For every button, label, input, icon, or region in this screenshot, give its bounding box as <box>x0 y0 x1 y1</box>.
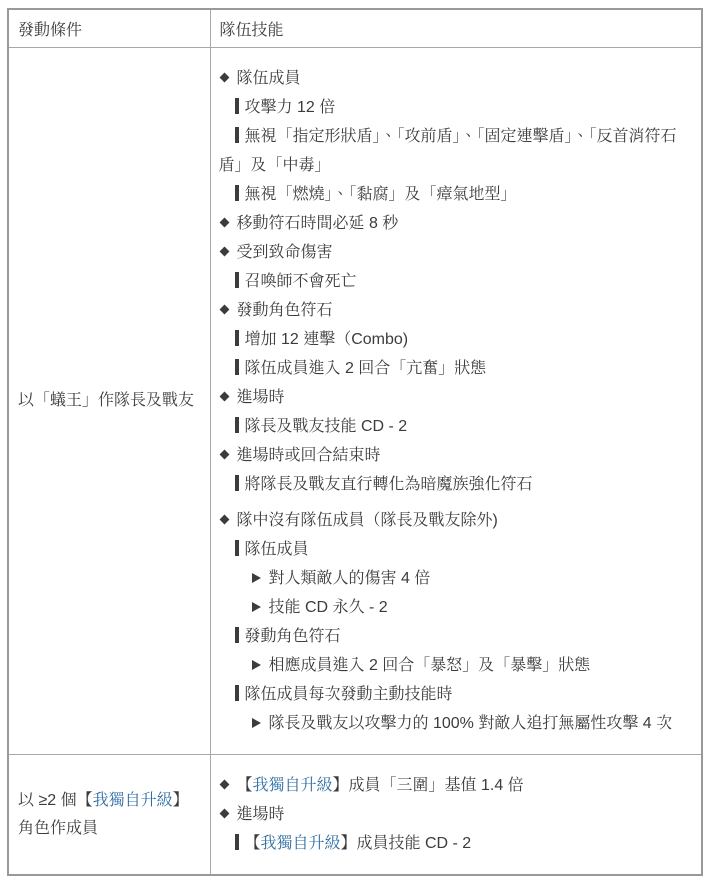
text-segment: 隊長及戰友技能 CD - 2 <box>245 418 408 435</box>
skill-line: 隊伍成員進入 2 回合「亢奮」狀態 <box>219 354 694 383</box>
bar-bullet-icon <box>235 127 239 143</box>
text-segment: 攻擊力 12 倍 <box>245 99 336 116</box>
skill-line: 召喚師不會死亡 <box>219 267 694 296</box>
wiki-link-solo-leveling[interactable]: 我獨自升級 <box>253 777 333 794</box>
diamond-bullet-icon <box>219 217 229 227</box>
text-segment: 進場時 <box>237 389 285 406</box>
bar-bullet-icon <box>235 417 239 433</box>
skill-line: 受到致命傷害 <box>219 238 694 267</box>
team-skill-table: 發動條件 隊伍技能 以「蟻王」作隊長及戰友 隊伍成員攻擊力 12 倍無視「指定形… <box>7 8 703 876</box>
text-segment: 對人類敵人的傷害 4 倍 <box>269 570 431 587</box>
text-segment: 隊伍成員 <box>245 541 309 558</box>
bar-bullet-icon <box>235 359 239 375</box>
bar-bullet-icon <box>235 98 239 114</box>
skill-line: 相應成員進入 2 回合「暴怒」及「暴擊」狀態 <box>219 651 694 680</box>
text-segment: 隊中沒有隊伍成員（隊長及戰友除外) <box>237 512 498 529</box>
text-segment: 隊伍成員進入 2 回合「亢奮」狀態 <box>245 360 487 377</box>
text-segment: 受到致命傷害 <box>237 244 333 261</box>
skill-line: 技能 CD 永久 - 2 <box>219 593 694 622</box>
diamond-bullet-icon <box>219 391 229 401</box>
wiki-link-solo-leveling[interactable]: 我獨自升級 <box>93 792 173 809</box>
text-segment: 相應成員進入 2 回合「暴怒」及「暴擊」狀態 <box>269 657 591 674</box>
triangle-bullet-icon <box>252 660 261 670</box>
skill-line: 對人類敵人的傷害 4 倍 <box>219 564 694 593</box>
text-segment: 進場時或回合結束時 <box>237 447 381 464</box>
skill-line: 隊長及戰友以攻擊力的 100% 對敵人追打無屬性攻擊 4 次 <box>219 709 694 738</box>
skill-line: 發動角色符石 <box>219 622 694 651</box>
bar-bullet-icon <box>235 185 239 201</box>
text-segment: 】成員技能 CD - 2 <box>341 835 472 852</box>
text-segment: 進場時 <box>237 806 285 823</box>
triangle-bullet-icon <box>252 573 261 583</box>
diamond-bullet-icon <box>219 304 229 314</box>
text-segment: 以「蟻王」作隊長及戰友 <box>18 392 194 409</box>
text-segment: 隊伍成員每次發動主動技能時 <box>245 686 453 703</box>
text-segment: 【 <box>245 835 261 852</box>
triangle-bullet-icon <box>252 602 261 612</box>
header-activation-condition: 發動條件 <box>8 9 210 48</box>
text-segment: 【 <box>237 777 253 794</box>
wiki-link-solo-leveling[interactable]: 我獨自升級 <box>261 835 341 852</box>
bar-bullet-icon <box>235 330 239 346</box>
text-segment: 】成員「三圍」基值 1.4 倍 <box>333 777 524 794</box>
skill-line: 無視「燃燒」、「黏腐」及「瘴氣地型」 <box>219 180 694 209</box>
text-segment: 隊長及戰友以攻擊力的 100% 對敵人追打無屬性攻擊 4 次 <box>269 715 673 732</box>
skill-cell-solo-leveling: 【我獨自升級】成員「三圍」基值 1.4 倍進場時【我獨自升級】成員技能 CD -… <box>210 755 702 876</box>
text-segment: 發動角色符石 <box>245 628 341 645</box>
table-row: 以 ≥2 個【我獨自升級】角色作成員 【我獨自升級】成員「三圍」基值 1.4 倍… <box>8 755 702 876</box>
table-row: 以「蟻王」作隊長及戰友 隊伍成員攻擊力 12 倍無視「指定形狀盾」、「攻前盾」、… <box>8 48 702 755</box>
diamond-bullet-icon <box>219 72 229 82</box>
text-segment: 技能 CD 永久 - 2 <box>269 599 388 616</box>
condition-cell-solo-leveling: 以 ≥2 個【我獨自升級】角色作成員 <box>8 755 210 876</box>
diamond-bullet-icon <box>219 808 229 818</box>
skill-line: 將隊長及戰友直行轉化為暗魔族強化符石 <box>219 470 694 499</box>
bar-bullet-icon <box>235 627 239 643</box>
skill-line: 【我獨自升級】成員「三圍」基值 1.4 倍 <box>219 771 694 800</box>
bar-bullet-icon <box>235 834 239 850</box>
condition-cell-ant-king: 以「蟻王」作隊長及戰友 <box>8 48 210 755</box>
text-segment: 召喚師不會死亡 <box>245 273 357 290</box>
text-segment: 隊伍成員 <box>237 70 301 87</box>
skill-line: 進場時或回合結束時 <box>219 441 694 470</box>
text-segment: 無視「燃燒」、「黏腐」及「瘴氣地型」 <box>245 186 517 203</box>
diamond-bullet-icon <box>219 514 229 524</box>
skill-line: 無視「指定形狀盾」、「攻前盾」、「固定連擊盾」、「反首消符石盾」及「中毒」 <box>219 122 694 180</box>
text-segment: 移動符石時間必延 8 秒 <box>237 215 399 232</box>
bar-bullet-icon <box>235 272 239 288</box>
text-segment: 發動角色符石 <box>237 302 333 319</box>
diamond-bullet-icon <box>219 246 229 256</box>
table-header-row: 發動條件 隊伍技能 <box>8 9 702 48</box>
skill-line: 攻擊力 12 倍 <box>219 93 694 122</box>
bar-bullet-icon <box>235 685 239 701</box>
wiki-page: 發動條件 隊伍技能 以「蟻王」作隊長及戰友 隊伍成員攻擊力 12 倍無視「指定形… <box>0 0 710 884</box>
diamond-bullet-icon <box>219 779 229 789</box>
skill-line: 進場時 <box>219 383 694 412</box>
skill-line: 隊伍成員 <box>219 535 694 564</box>
skill-line: 移動符石時間必延 8 秒 <box>219 209 694 238</box>
skill-line: 隊伍成員 <box>219 64 694 93</box>
skill-line: 隊中沒有隊伍成員（隊長及戰友除外) <box>219 506 694 535</box>
skill-line: 進場時 <box>219 800 694 829</box>
header-team-skill: 隊伍技能 <box>210 9 702 48</box>
triangle-bullet-icon <box>252 718 261 728</box>
skill-line: 發動角色符石 <box>219 296 694 325</box>
text-segment: 以 ≥2 個【 <box>18 792 93 809</box>
skill-line: 隊伍成員每次發動主動技能時 <box>219 680 694 709</box>
skill-line: 隊長及戰友技能 CD - 2 <box>219 412 694 441</box>
bar-bullet-icon <box>235 540 239 556</box>
skill-line: 增加 12 連擊（Combo) <box>219 325 694 354</box>
bar-bullet-icon <box>235 475 239 491</box>
text-segment: 將隊長及戰友直行轉化為暗魔族強化符石 <box>245 476 533 493</box>
skill-cell-ant-king: 隊伍成員攻擊力 12 倍無視「指定形狀盾」、「攻前盾」、「固定連擊盾」、「反首消… <box>210 48 702 755</box>
text-segment: 無視「指定形狀盾」、「攻前盾」、「固定連擊盾」、「反首消符石盾」及「中毒」 <box>219 128 677 174</box>
diamond-bullet-icon <box>219 449 229 459</box>
skill-line: 【我獨自升級】成員技能 CD - 2 <box>219 829 694 858</box>
text-segment: 增加 12 連擊（Combo) <box>245 331 409 348</box>
